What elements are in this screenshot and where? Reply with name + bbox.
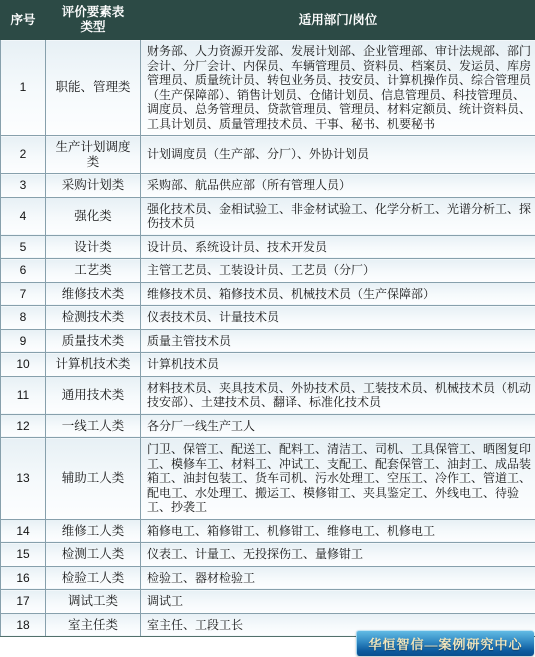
row-positions-cell: 仪表工、计量工、无投探伤工、量修钳工 — [141, 543, 535, 567]
table-row: 11通用技术类材料技术员、夹具技术员、外协技术员、工装技术员、机械技术员（机动技… — [1, 376, 535, 414]
table-row: 17调试工类调试工 — [1, 590, 535, 614]
row-index-cell: 16 — [1, 566, 46, 590]
row-positions-cell: 主管工艺员、工装设计员、工艺员（分厂） — [141, 259, 535, 283]
row-type-cell: 通用技术类 — [46, 376, 141, 414]
row-index-cell: 1 — [1, 40, 46, 136]
row-positions-cell: 设计员、系统设计员、技术开发员 — [141, 235, 535, 259]
row-index-cell: 10 — [1, 353, 46, 377]
row-type-cell: 检测工人类 — [46, 543, 141, 567]
row-index-cell: 2 — [1, 136, 46, 174]
row-type-cell: 设计类 — [46, 235, 141, 259]
table-row: 8检测技术类仪表技术员、计量技术员 — [1, 306, 535, 330]
row-index-cell: 7 — [1, 282, 46, 306]
row-type-cell: 采购计划类 — [46, 174, 141, 198]
row-index-cell: 9 — [1, 329, 46, 353]
row-positions-cell: 门卫、保管工、配送工、配料工、清洁工、司机、工具保管工、晒图复印工、模修车工、材… — [141, 438, 535, 520]
row-type-cell: 维修工人类 — [46, 519, 141, 543]
row-index-cell: 4 — [1, 197, 46, 235]
row-index-cell: 11 — [1, 376, 46, 414]
brand-badge-label: 华恒智信—案例研究中心 — [368, 634, 522, 653]
row-type-cell: 一线工人类 — [46, 414, 141, 438]
row-positions-cell: 箱修电工、箱修钳工、机修钳工、维修电工、机修电工 — [141, 519, 535, 543]
table-row: 1职能、管理类财务部、人力资源开发部、发展计划部、企业管理部、审计法规部、部门会… — [1, 40, 535, 136]
row-positions-cell: 材料技术员、夹具技术员、外协技术员、工装技术员、机械技术员（机动技安部）、土建技… — [141, 376, 535, 414]
row-positions-cell: 采购部、航品供应部（所有管理人员） — [141, 174, 535, 198]
row-positions-cell: 计划调度员（生产部、分厂）、外协计划员 — [141, 136, 535, 174]
row-positions-cell: 各分厂一线生产工人 — [141, 414, 535, 438]
table-row: 16检验工人类检验工、器材检验工 — [1, 566, 535, 590]
row-index-cell: 14 — [1, 519, 46, 543]
row-index-cell: 6 — [1, 259, 46, 283]
row-index-cell: 3 — [1, 174, 46, 198]
row-type-cell: 职能、管理类 — [46, 40, 141, 136]
row-type-cell: 强化类 — [46, 197, 141, 235]
row-index-cell: 5 — [1, 235, 46, 259]
table-row: 12一线工人类各分厂一线生产工人 — [1, 414, 535, 438]
table-row: 14维修工人类箱修电工、箱修钳工、机修钳工、维修电工、机修电工 — [1, 519, 535, 543]
row-type-cell: 工艺类 — [46, 259, 141, 283]
column-header-type: 评价要素表 类型 — [46, 1, 141, 40]
row-index-cell: 17 — [1, 590, 46, 614]
table-row: 2生产计划调度类计划调度员（生产部、分厂）、外协计划员 — [1, 136, 535, 174]
row-type-cell: 检测技术类 — [46, 306, 141, 330]
row-type-cell: 维修技术类 — [46, 282, 141, 306]
table-row: 10计算机技术类计算机技术员 — [1, 353, 535, 377]
table-row: 15检测工人类仪表工、计量工、无投探伤工、量修钳工 — [1, 543, 535, 567]
evaluation-elements-table: 序号 评价要素表 类型 适用部门/岗位 1职能、管理类财务部、人力资源开发部、发… — [0, 0, 535, 637]
table-row: 7维修技术类维修技术员、箱修技术员、机械技术员（生产保障部） — [1, 282, 535, 306]
row-positions-cell: 仪表技术员、计量技术员 — [141, 306, 535, 330]
column-header-departments: 适用部门/岗位 — [141, 1, 535, 40]
row-type-cell: 室主任类 — [46, 613, 141, 637]
table-row: 3采购计划类采购部、航品供应部（所有管理人员） — [1, 174, 535, 198]
row-index-cell: 12 — [1, 414, 46, 438]
row-type-cell: 计算机技术类 — [46, 353, 141, 377]
row-positions-cell: 调试工 — [141, 590, 535, 614]
row-index-cell: 18 — [1, 613, 46, 637]
row-type-cell: 调试工类 — [46, 590, 141, 614]
row-positions-cell: 强化技术员、金相试验工、非金材试验工、化学分析工、光谱分析工、探伤技术员 — [141, 197, 535, 235]
row-positions-cell: 检验工、器材检验工 — [141, 566, 535, 590]
row-type-cell: 辅助工人类 — [46, 438, 141, 520]
row-type-cell: 生产计划调度类 — [46, 136, 141, 174]
row-positions-cell: 财务部、人力资源开发部、发展计划部、企业管理部、审计法规部、部门会计、分厂会计、… — [141, 40, 535, 136]
row-type-cell: 检验工人类 — [46, 566, 141, 590]
column-header-index: 序号 — [1, 1, 46, 40]
table-body: 1职能、管理类财务部、人力资源开发部、发展计划部、企业管理部、审计法规部、部门会… — [1, 40, 535, 637]
row-index-cell: 8 — [1, 306, 46, 330]
row-positions-cell: 质量主管技术员 — [141, 329, 535, 353]
table-row: 5设计类设计员、系统设计员、技术开发员 — [1, 235, 535, 259]
row-positions-cell: 计算机技术员 — [141, 353, 535, 377]
table-row: 9质量技术类质量主管技术员 — [1, 329, 535, 353]
row-positions-cell: 维修技术员、箱修技术员、机械技术员（生产保障部） — [141, 282, 535, 306]
page: 序号 评价要素表 类型 适用部门/岗位 1职能、管理类财务部、人力资源开发部、发… — [0, 0, 535, 657]
row-index-cell: 13 — [1, 438, 46, 520]
brand-badge: 华恒智信—案例研究中心 — [356, 630, 534, 656]
table-row: 13辅助工人类门卫、保管工、配送工、配料工、清洁工、司机、工具保管工、晒图复印工… — [1, 438, 535, 520]
table-row: 6工艺类主管工艺员、工装设计员、工艺员（分厂） — [1, 259, 535, 283]
row-index-cell: 15 — [1, 543, 46, 567]
row-type-cell: 质量技术类 — [46, 329, 141, 353]
table-row: 4强化类强化技术员、金相试验工、非金材试验工、化学分析工、光谱分析工、探伤技术员 — [1, 197, 535, 235]
table-header: 序号 评价要素表 类型 适用部门/岗位 — [1, 1, 535, 40]
header-row: 序号 评价要素表 类型 适用部门/岗位 — [1, 1, 535, 40]
